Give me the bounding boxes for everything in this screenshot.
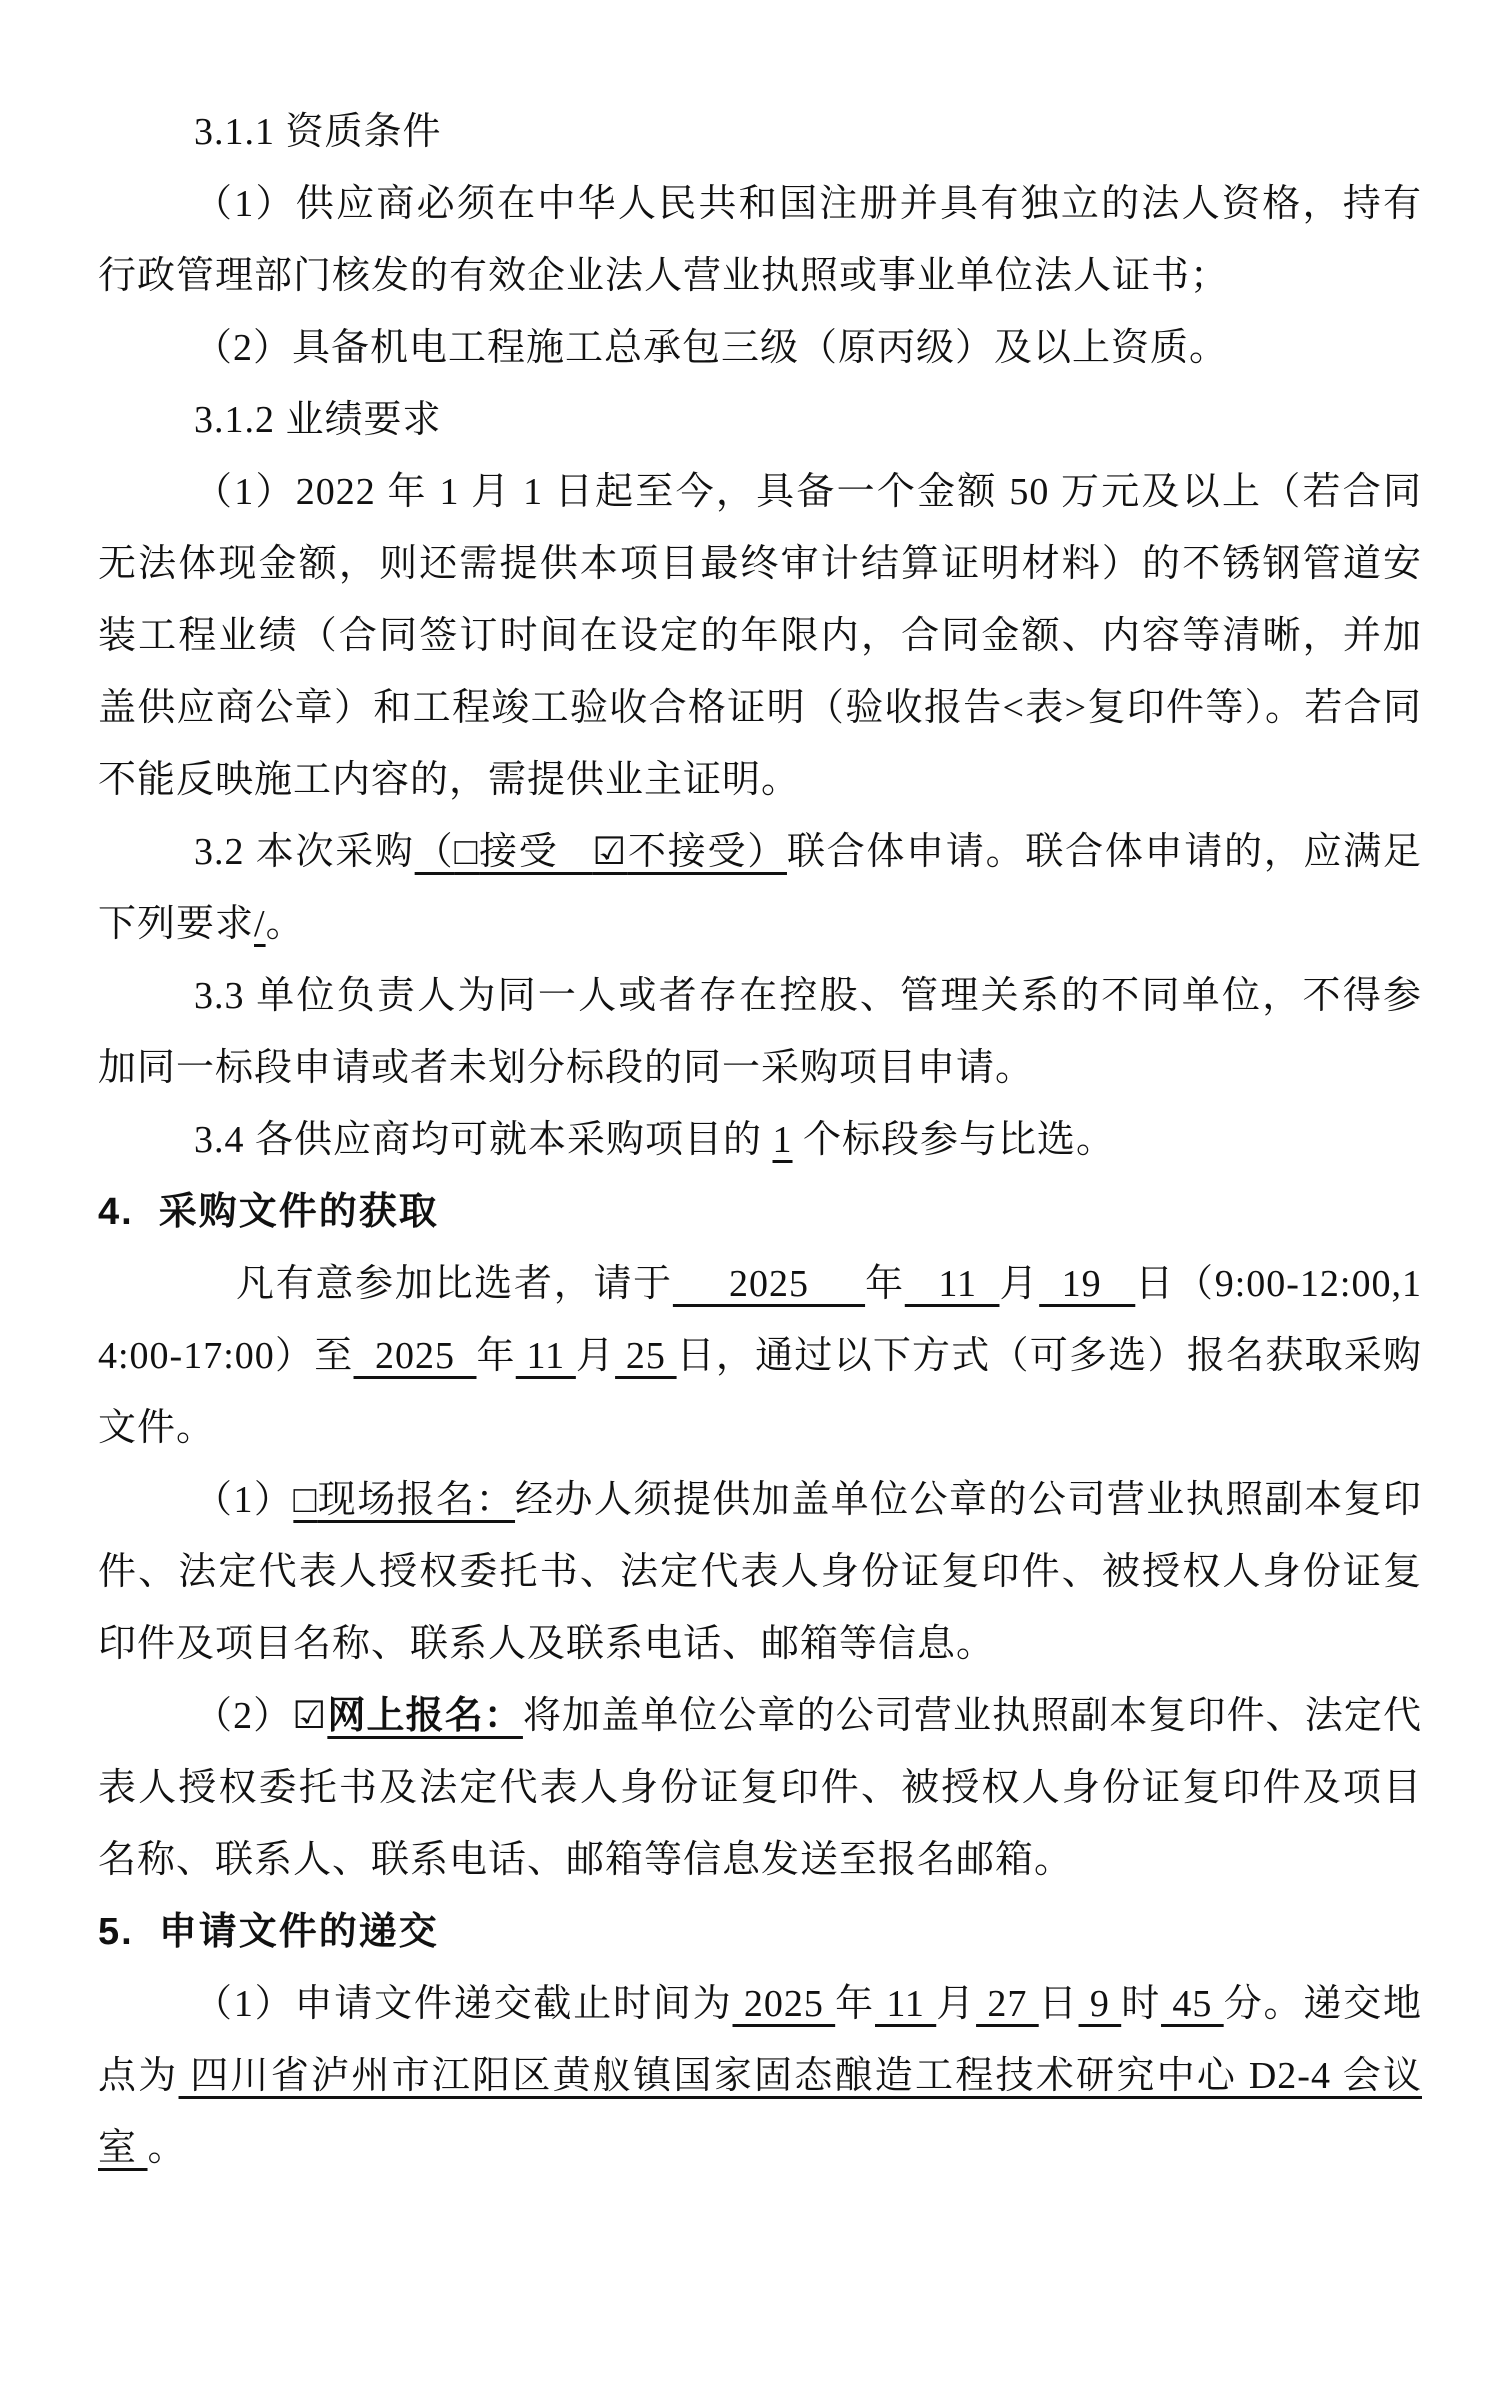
clause-3-1-2-item-1: （1）2022 年 1 月 1 日起至今，具备一个金额 50 万元及以上（若合同… [98,456,1422,816]
clause-3-3: 3.3 单位负责人为同一人或者存在控股、管理关系的不同单位，不得参加同一标段申请… [98,960,1422,1104]
option-onsite-registration-label: 现场报名： [318,1479,515,1521]
clause-3-4: 3.4 各供应商均可就本采购项目的 1 个标段参与比选。 [98,1104,1422,1176]
text-run: （1） [194,1479,293,1521]
text-run: 个标段参与比选。 [793,1119,1116,1161]
clause-5-1: （1）申请文件递交截止时间为 2025 年 11 月 27 日 9 时 45 分… [98,1968,1422,2184]
field-start-day: 19 [1039,1263,1135,1305]
text-run: 年 [477,1335,516,1377]
clause-4-3: （2）☑网上报名：将加盖单位公章的公司营业执照副本复印件、法定代表人授权委托书及… [98,1680,1422,1896]
field-submission-address: 四川省泸州市江阳区黄舣镇国家固态酿造工程技术研究中心 D2-4 会议室 [98,2055,1422,2169]
clause-4-2: （1）□现场报名：经办人须提供加盖单位公章的公司营业执照副本复印件、法定代表人授… [98,1464,1422,1680]
field-start-year: 2025 [673,1263,865,1305]
text-run: 年 [835,1983,875,2025]
field-end-day: 25 [615,1335,677,1377]
text-run: 。 [266,903,305,945]
text-run: （2） [194,1695,292,1737]
text-run: （1）申请文件递交截止时间为 [194,1983,733,2025]
text-run: 接受 [479,831,592,873]
checkbox-unchecked-icon: □ [293,1479,317,1521]
text-run: 3.2 本次采购 [194,831,415,873]
sec-5-heading: 5. 申请文件的递交 [98,1896,1422,1968]
field-deadline-hour: 9 [1079,1983,1122,2025]
text-run: （ [415,831,455,873]
clause-3-1-1-item-1: （1）供应商必须在中华人民共和国注册并具有独立的法人资格，持有行政管理部门核发的… [98,168,1422,312]
text-run: 3.1.2 业绩要求 [194,399,442,441]
field-deadline-day: 27 [976,1983,1039,2025]
clause-3-2: 3.2 本次采购（□接受 ☑不接受）联合体申请。联合体申请的，应满足下列要求/。 [98,816,1422,960]
text-run: 不接受） [627,831,787,873]
text-run: 凡有意参加比选者，请于 [236,1263,673,1305]
checkbox-checked-icon: ☑ [292,1695,327,1737]
field-jv-requirement: / [254,903,266,945]
text-run: 时 [1121,1983,1161,2025]
field-end-month: 11 [516,1335,576,1377]
checkbox-unchecked-icon: □ [454,831,479,873]
text-run: 。 [148,2127,187,2169]
document-body: 3.1.1 资质条件（1）供应商必须在中华人民共和国注册并具有独立的法人资格，持… [0,0,1500,2184]
checkbox-checked-icon: ☑ [592,831,627,873]
text-run: 月 [576,1335,615,1377]
text-run: 5. 申请文件的递交 [98,1911,439,1953]
sec-3-1-2-heading: 3.1.2 业绩要求 [98,384,1422,456]
text-run: （2）具备机电工程施工总承包三级（原丙级）及以上资质。 [194,327,1228,369]
text-run: 日 [1039,1983,1079,2025]
field-end-year: 2025 [354,1335,477,1377]
clause-4-1: 凡有意参加比选者，请于 2025 年 11 月 19 日（9:00-12:00,… [98,1248,1422,1464]
field-deadline-minute: 45 [1161,1983,1224,2025]
clause-3-1-1-item-2: （2）具备机电工程施工总承包三级（原丙级）及以上资质。 [98,312,1422,384]
document-page: 3.1.1 资质条件（1）供应商必须在中华人民共和国注册并具有独立的法人资格，持… [0,0,1500,2390]
text-run: 3.3 单位负责人为同一人或者存在控股、管理关系的不同单位，不得参加同一标段申请… [98,975,1422,1089]
text-run: （1）2022 年 1 月 1 日起至今，具备一个金额 50 万元及以上（若合同… [98,471,1422,801]
sec-3-1-1-heading: 3.1.1 资质条件 [98,96,1422,168]
text-run: 月 [936,1983,976,2025]
text-run: （1）供应商必须在中华人民共和国注册并具有独立的法人资格，持有行政管理部门核发的… [98,183,1422,297]
field-deadline-year: 2025 [733,1983,836,2025]
field-lot-count: 1 [773,1119,793,1161]
text-run: 年 [865,1263,905,1305]
text-run: 3.1.1 资质条件 [194,111,442,153]
sec-4-heading: 4. 采购文件的获取 [98,1176,1422,1248]
field-start-month: 11 [905,1263,1000,1305]
field-deadline-month: 11 [875,1983,936,2025]
text-run: 4. 采购文件的获取 [98,1191,439,1233]
option-online-registration-label: 网上报名： [327,1695,523,1737]
text-run: 月 [999,1263,1039,1305]
text-run: 3.4 各供应商均可就本采购项目的 [194,1119,773,1161]
